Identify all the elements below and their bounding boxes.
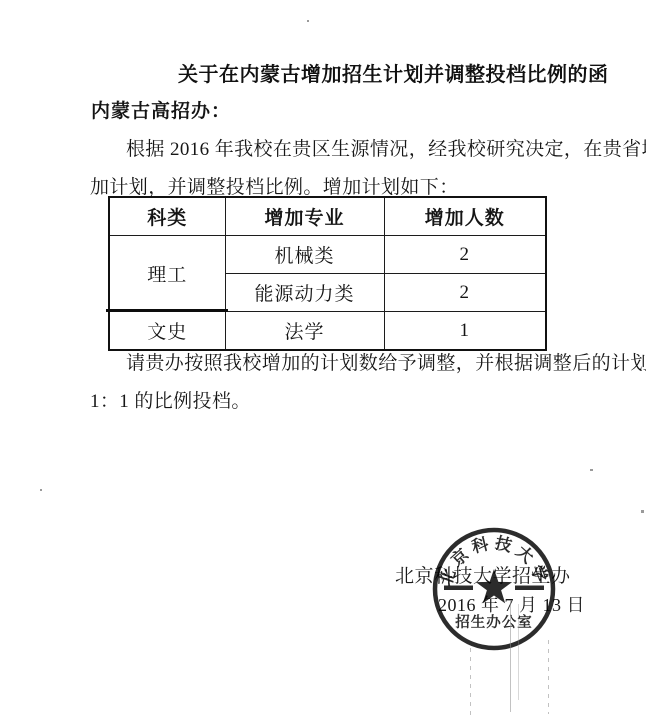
- cell-major: 机械类: [225, 236, 384, 274]
- star-icon: [476, 569, 512, 603]
- document-title: 关于在内蒙古增加招生计划并调整投档比例的函: [178, 58, 618, 87]
- official-seal-stamp: 北京科技大学 招生办公室: [429, 524, 559, 654]
- table-row: 理工 机械类 2: [109, 236, 546, 274]
- column-header-major: 增加专业: [225, 197, 384, 236]
- scan-dot: [641, 510, 644, 513]
- paragraph-line: 根据 2016 年我校在贵区生源情况，经我校研究决定，在贵省增: [90, 138, 600, 176]
- table-row: 文史 法学 1: [109, 312, 546, 351]
- scan-artifact-line: [518, 604, 519, 700]
- salutation: 内蒙古高招办：: [91, 96, 231, 123]
- scan-dot: [590, 469, 593, 471]
- enrollment-plan-table: 科类 增加专业 增加人数 理工 机械类 2 能源动力类 2 文史 法学 1: [108, 196, 547, 351]
- scan-artifact-line: [470, 648, 471, 716]
- cell-count: 2: [384, 236, 546, 274]
- table-header-row: 科类 增加专业 增加人数: [109, 197, 546, 236]
- paragraph-closing: 请贵办按照我校增加的计划数给予调整，并根据调整后的计划按 1：1 的比例投档。: [90, 352, 600, 428]
- scanned-letter-page: 关于在内蒙古增加招生计划并调整投档比例的函 内蒙古高招办： 根据 2016 年我…: [0, 0, 646, 720]
- scan-dot: [40, 489, 42, 491]
- cell-category: 文史: [109, 312, 225, 351]
- cell-major: 法学: [225, 312, 384, 351]
- scan-artifact-line: [510, 600, 511, 712]
- paragraph-line: 1：1 的比例投档。: [90, 390, 600, 428]
- scan-smudge-line: [106, 309, 228, 312]
- column-header-category: 科类: [109, 197, 225, 236]
- scan-dot: [307, 20, 309, 22]
- seal-bottom-text: 招生办公室: [455, 613, 533, 631]
- scan-artifact-line: [548, 640, 549, 714]
- cell-major: 能源动力类: [225, 274, 384, 312]
- cell-category: 理工: [109, 236, 225, 312]
- cell-count: 2: [384, 274, 546, 312]
- column-header-count: 增加人数: [384, 197, 546, 236]
- paragraph-line: 请贵办按照我校增加的计划数给予调整，并根据调整后的计划按: [90, 352, 600, 390]
- seal-left-bar: [444, 586, 473, 591]
- seal-right-bar: [515, 586, 544, 591]
- cell-count: 1: [384, 312, 546, 351]
